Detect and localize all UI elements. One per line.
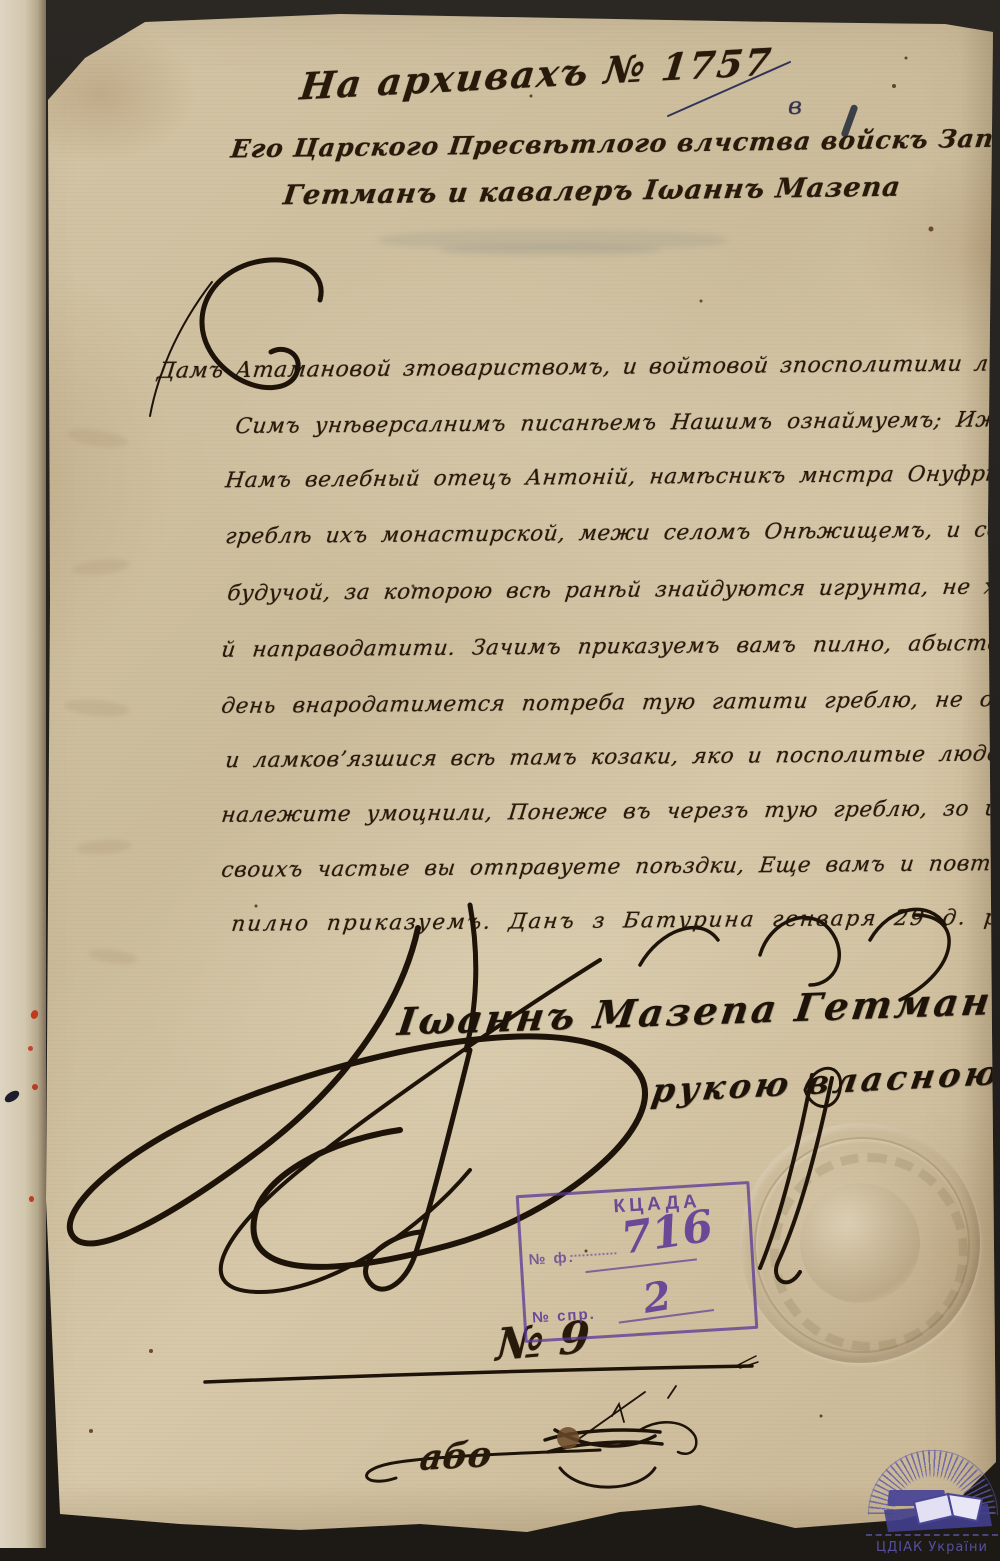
bleed-through-mark <box>63 697 130 719</box>
dateline: пилно приказуемъ. Данъ з Батурина генвар… <box>230 904 1000 937</box>
body-line: своихъ частые вы отправуете поѣздки, Еще… <box>220 850 1000 883</box>
bleed-through-mark <box>71 557 130 577</box>
body-line: день внародатимется потреба тую гатити г… <box>220 686 1000 719</box>
watermark-books-icon <box>876 1480 996 1536</box>
body-line: Дамъ Атамановой зтовариствомъ, и войтово… <box>156 349 1000 384</box>
archive-note-suffix: в <box>788 92 802 120</box>
watermark-divider <box>866 1534 998 1536</box>
book-binding-edge <box>0 0 46 1548</box>
wax-dot <box>28 1046 33 1051</box>
watermark-label: ЦДІАК України <box>858 1540 1000 1555</box>
stamp-case-label: № спр. <box>532 1306 597 1327</box>
signature-name: Іωаннъ Мазепа Гетманъ <box>395 977 1000 1044</box>
body-line: и ламков’язшися всѣ тамъ козаки, яко и п… <box>224 740 1000 773</box>
check-mark <box>580 1386 676 1438</box>
embossed-seal-center <box>800 1183 920 1303</box>
scribble <box>367 1422 697 1487</box>
bleed-through-mark <box>65 426 129 450</box>
underline-stroke <box>205 1356 758 1382</box>
signature-suffix: рукою власною <box>649 1053 1000 1111</box>
bleed-through-mark <box>76 838 133 856</box>
archive-stamp: КЦАДА 716 № ф. № спр. 2 <box>516 1181 759 1343</box>
initial-flourish <box>150 260 321 416</box>
wax-dot <box>29 1196 34 1202</box>
body-line: будучой, за которою всѣ ранѣй знайдуются… <box>226 573 1000 606</box>
bleed-through-mark <box>87 947 138 966</box>
body-line: греблѣ ихъ монастирской, межи селомъ Онѣ… <box>224 516 1000 550</box>
body-line: й направодатити. Зачимъ приказуемъ вамъ … <box>220 630 1000 663</box>
stamp-fond-label: № ф. <box>528 1249 575 1269</box>
archive-note: На архивахъ № 1757 <box>298 39 776 108</box>
bottom-annotation: або <box>418 1434 494 1479</box>
manuscript-page: На архивахъ № 1757 в Его Царского Пресвѣ… <box>0 0 1000 1561</box>
body-line: Намъ велебный отецъ Антоній, намѣсникъ м… <box>224 460 1000 493</box>
body-line: належите умоцнили, Понеже въ черезъ тую … <box>220 795 1000 828</box>
bleed-through-text <box>440 244 660 256</box>
title-line-1: Его Царского Пресвѣтлого влчства войскъ … <box>229 121 1000 163</box>
body-line: Симъ унѣверсалнимъ писанѣемъ Нашимъ озна… <box>234 406 1000 439</box>
wax-dot <box>32 1084 38 1090</box>
stamp-dotted-leader <box>570 1252 616 1257</box>
title-line-2: Гетманъ и кавалеръ Іωаннъ Мазепа <box>281 172 902 212</box>
